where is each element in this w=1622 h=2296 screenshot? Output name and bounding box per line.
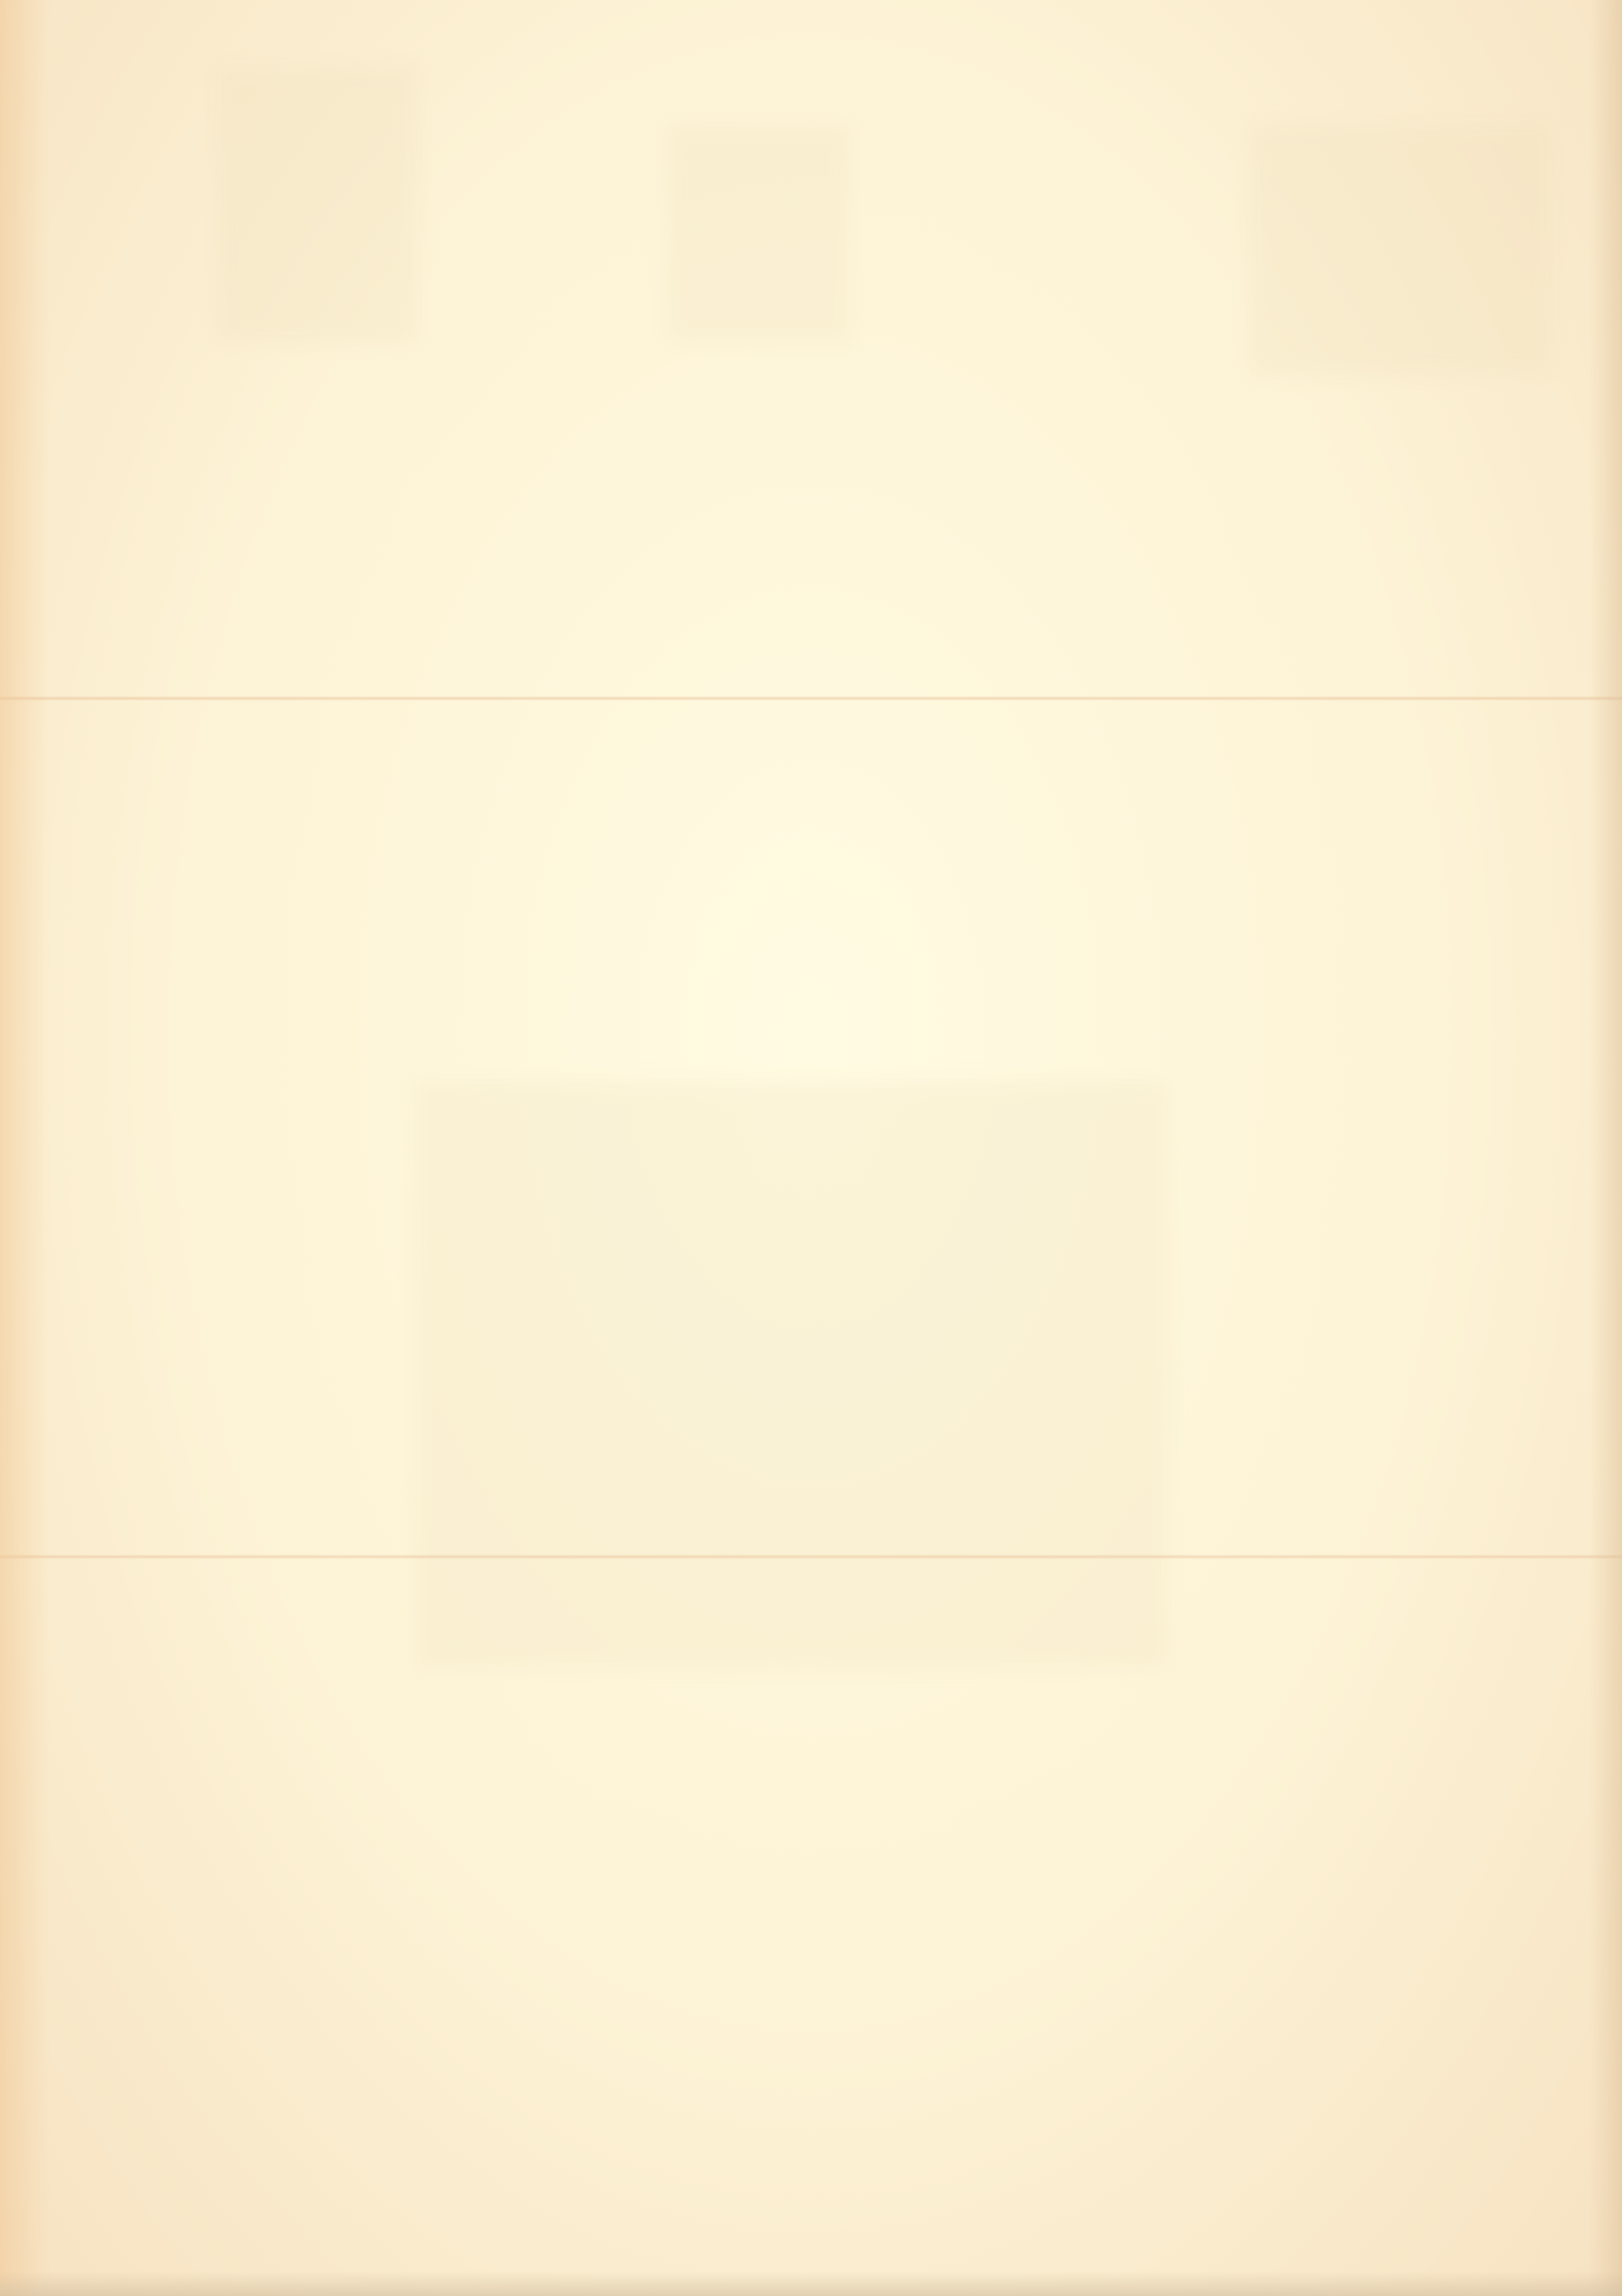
show-through-shape [217,67,417,342]
show-through-shape [1250,125,1550,375]
show-through-shape [667,125,850,342]
fold-crease [0,1554,1622,1559]
show-through-text [617,367,1084,417]
fold-crease [0,696,1622,701]
edge-stain [0,0,50,2296]
paper-sheet [0,0,1622,2296]
edge-stain [0,2271,1622,2296]
edge-stain [1589,0,1622,2296]
show-through-shape [417,1083,1167,1667]
